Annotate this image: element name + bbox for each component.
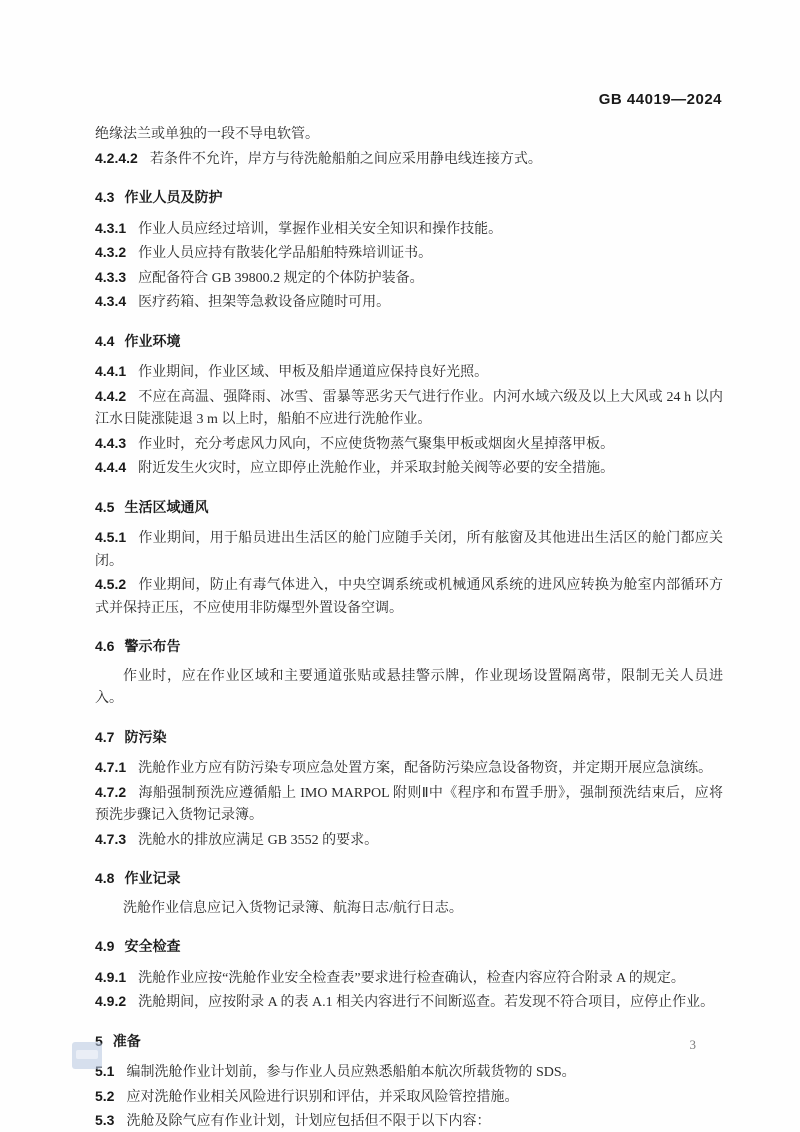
clause-4-4-1: 4.4.1作业期间，作业区域、甲板及船岸通道应保持良好光照。	[95, 360, 723, 385]
clause-5-2: 5.2应对洗舱作业相关风险进行识别和评估，并采取风险管控措施。	[95, 1085, 723, 1110]
section-heading-4-7: 4.7防污染	[95, 726, 723, 749]
section-heading-4-9: 4.9安全检查	[95, 935, 723, 958]
clause-text: 若条件不允许，岸方与待洗舱船舶之间应采用静电线连接方式。	[150, 152, 542, 167]
clause-number: 4.9.2	[95, 993, 126, 1009]
body-paragraph: 作业时，应在作业区域和主要通道张贴或悬挂警示牌，作业现场设置隔离带，限制无关人员…	[95, 666, 723, 711]
clause-number: 4.3.3	[95, 269, 126, 285]
clause-5-1: 5.1编制洗舱作业计划前，参与作业人员应熟悉船舶本航次所载货物的 SDS。	[95, 1060, 723, 1085]
section-number: 4.6	[95, 638, 114, 654]
clause-number: 5.2	[95, 1088, 114, 1104]
clause-number: 4.9.1	[95, 969, 126, 985]
clause-4-3-1: 4.3.1作业人员应经过培训，掌握作业相关安全知识和操作技能。	[95, 217, 723, 242]
clause-text: 作业期间，用于船员进出生活区的舱门应随手关闭，所有舷窗及其他进出生活区的舱门都应…	[95, 531, 723, 569]
clause-4-3-3: 4.3.3应配备符合 GB 39800.2 规定的个体防护装备。	[95, 266, 723, 291]
clause-4-7-1: 4.7.1洗舱作业方应有防污染专项应急处置方案，配备防污染应急设备物资，并定期开…	[95, 756, 723, 781]
clause-4-9-2: 4.9.2洗舱期间，应按附录 A 的表 A.1 相关内容进行不间断巡查。若发现不…	[95, 990, 723, 1015]
clause-number: 4.4.3	[95, 435, 126, 451]
clause-number: 4.3.2	[95, 244, 126, 260]
clause-4-7-2: 4.7.2海船强制预洗应遵循船上 IMO MARPOL 附则Ⅱ中《程序和布置手册…	[95, 781, 723, 828]
page-header: GB 44019—2024	[599, 91, 722, 108]
clause-text: 海船强制预洗应遵循船上 IMO MARPOL 附则Ⅱ中《程序和布置手册》，强制预…	[95, 786, 723, 824]
section-heading-4-6: 4.6警示布告	[95, 635, 723, 658]
page-number: 3	[690, 1037, 697, 1053]
body-paragraph: 洗舱作业信息应记入货物记录簿、航海日志/航行日志。	[95, 898, 723, 921]
clause-number: 4.7.2	[95, 784, 126, 800]
section-number: 4.4	[95, 333, 114, 349]
clause-number: 4.4.2	[95, 388, 126, 404]
chapter-title: 准备	[113, 1033, 141, 1049]
clause-text: 洗舱期间，应按附录 A 的表 A.1 相关内容进行不间断巡查。若发现不符合项目，…	[138, 995, 714, 1010]
section-heading-4-3: 4.3作业人员及防护	[95, 186, 723, 209]
clause-number: 4.3.4	[95, 293, 126, 309]
section-heading-4-5: 4.5生活区域通风	[95, 496, 723, 519]
section-title: 作业记录	[124, 870, 180, 886]
clause-4-9-1: 4.9.1洗舱作业应按“洗舱作业安全检查表”要求进行检查确认，检查内容应符合附录…	[95, 966, 723, 991]
document-content: 绝缘法兰或单独的一段不导电软管。 4.2.4.2若条件不允许，岸方与待洗舱船舶之…	[95, 124, 723, 1132]
section-heading-4-4: 4.4作业环境	[95, 330, 723, 353]
clause-number: 4.7.3	[95, 831, 126, 847]
clause-number: 4.4.4	[95, 459, 126, 475]
clause-text: 不应在高温、强降雨、冰雪、雷暴等恶劣天气进行作业。内河水域六级及以上大风或 24…	[95, 390, 723, 428]
section-title: 警示布告	[124, 638, 180, 654]
section-number: 4.7	[95, 729, 114, 745]
clause-4-4-2: 4.4.2不应在高温、强降雨、冰雪、雷暴等恶劣天气进行作业。内河水域六级及以上大…	[95, 385, 723, 432]
clause-4-7-3: 4.7.3洗舱水的排放应满足 GB 3552 的要求。	[95, 828, 723, 853]
section-title: 防污染	[124, 729, 166, 745]
clause-text: 作业时，充分考虑风力风向，不应使货物蒸气聚集甲板或烟囱火星掉落甲板。	[138, 437, 614, 452]
clause-4-5-2: 4.5.2作业期间，防止有毒气体进入，中央空调系统或机械通风系统的进风应转换为舱…	[95, 573, 723, 620]
clause-text: 作业人员应经过培训，掌握作业相关安全知识和操作技能。	[138, 222, 502, 237]
section-title: 生活区域通风	[124, 499, 208, 515]
clause-4-2-4-2: 4.2.4.2若条件不允许，岸方与待洗舱船舶之间应采用静电线连接方式。	[95, 147, 723, 172]
clause-text: 作业期间，防止有毒气体进入，中央空调系统或机械通风系统的进风应转换为舱室内部循环…	[95, 578, 723, 616]
section-number: 4.3	[95, 189, 114, 205]
clause-text: 作业人员应持有散装化学品船舶特殊培训证书。	[138, 246, 432, 261]
clause-4-4-4: 4.4.4附近发生火灾时，应立即停止洗舱作业，并采取封舱关阀等必要的安全措施。	[95, 456, 723, 481]
clause-text: 编制洗舱作业计划前，参与作业人员应熟悉船舶本航次所载货物的 SDS。	[126, 1065, 575, 1080]
clause-5-3: 5.3洗舱及除气应有作业计划，计划应包括但不限于以下内容：	[95, 1109, 723, 1132]
clause-4-4-3: 4.4.3作业时，充分考虑风力风向，不应使货物蒸气聚集甲板或烟囱火星掉落甲板。	[95, 432, 723, 457]
document-page: GB 44019—2024 绝缘法兰或单独的一段不导电软管。 4.2.4.2若条…	[0, 0, 800, 1132]
section-number: 4.5	[95, 499, 114, 515]
section-number: 4.9	[95, 938, 114, 954]
section-title: 作业人员及防护	[124, 189, 222, 205]
clause-number: 4.2.4.2	[95, 150, 138, 166]
clause-number: 5.3	[95, 1112, 114, 1128]
clause-4-3-2: 4.3.2作业人员应持有散装化学品船舶特殊培训证书。	[95, 241, 723, 266]
clause-text: 应配备符合 GB 39800.2 规定的个体防护装备。	[138, 271, 423, 286]
clause-text: 洗舱水的排放应满足 GB 3552 的要求。	[138, 833, 378, 848]
clause-text: 作业期间，作业区域、甲板及船岸通道应保持良好光照。	[138, 365, 488, 380]
section-number: 4.8	[95, 870, 114, 886]
clause-text: 洗舱作业方应有防污染专项应急处置方案，配备防污染应急设备物资，并定期开展应急演练…	[138, 761, 712, 776]
chapter-heading-5: 5准备	[95, 1030, 723, 1053]
clause-number: 4.4.1	[95, 363, 126, 379]
clause-number: 4.5.1	[95, 529, 126, 545]
clause-text: 洗舱及除气应有作业计划，计划应包括但不限于以下内容：	[126, 1114, 490, 1129]
continuation-line: 绝缘法兰或单独的一段不导电软管。	[95, 124, 723, 147]
clause-text: 附近发生火灾时，应立即停止洗舱作业，并采取封舱关阀等必要的安全措施。	[138, 461, 614, 476]
section-title: 安全检查	[124, 938, 180, 954]
clause-text: 应对洗舱作业相关风险进行识别和评估，并采取风险管控措施。	[126, 1090, 518, 1105]
clause-4-3-4: 4.3.4医疗药箱、担架等急救设备应随时可用。	[95, 290, 723, 315]
clause-number: 4.5.2	[95, 576, 126, 592]
clause-4-5-1: 4.5.1作业期间，用于船员进出生活区的舱门应随手关闭，所有舷窗及其他进出生活区…	[95, 526, 723, 573]
standard-number: GB 44019—2024	[599, 91, 722, 108]
section-title: 作业环境	[124, 333, 180, 349]
clause-text: 洗舱作业应按“洗舱作业安全检查表”要求进行检查确认，检查内容应符合附录 A 的规…	[138, 971, 685, 986]
section-heading-4-8: 4.8作业记录	[95, 867, 723, 890]
clause-number: 4.3.1	[95, 220, 126, 236]
watermark-logo	[72, 1042, 102, 1069]
clause-number: 4.7.1	[95, 759, 126, 775]
clause-text: 医疗药箱、担架等急救设备应随时可用。	[138, 295, 390, 310]
